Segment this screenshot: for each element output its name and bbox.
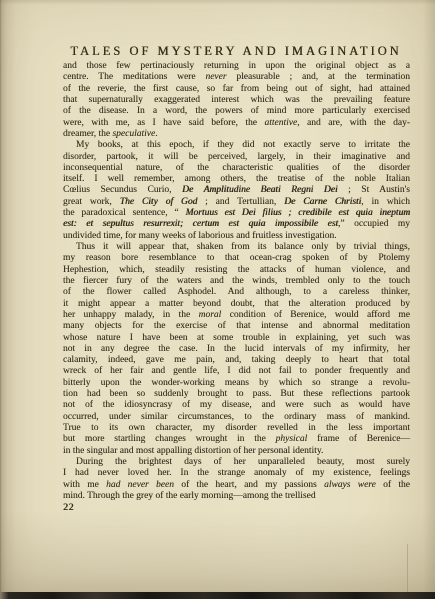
italic-text-run: always were [324,480,376,490]
text-line: many objects for the exercise of that in… [63,321,410,332]
text-line: My books, at this epoch, if they did not… [63,140,410,151]
italic-text-run: De Amplitudine Beati Regni Dei [182,185,338,195]
text-line: During the brightest days of her unparal… [63,457,410,468]
italic-text-run: moral [199,310,222,320]
text-run: bitterly upon the wonder-working means b… [63,378,410,388]
text-line: inconsequential nature, of the character… [63,163,410,174]
text-run: Thus it will appear that, shaken from it… [76,242,410,252]
text-line: the fiercer fury of the waters and the w… [63,276,410,287]
text-line: were, with me, as I have said before, th… [63,118,410,129]
book-edge-shadow [0,592,435,599]
running-head: TALES OF MYSTERY AND IMAGINATION [60,44,412,58]
text-run: the paradoxical sentence, “ [63,208,185,218]
text-run: I had never loved her. In the strange an… [63,468,410,478]
text-line: that supernaturally exaggerated interest… [63,95,410,106]
text-line: occurred, under similar circumstances, t… [63,412,410,423]
text-line: bitterly upon the wonder-working means b… [63,378,410,389]
text-run: Cœlius Secundus Curio, [63,185,182,195]
page-number: 22 [63,502,410,513]
italic-text-run: The City of God [120,197,198,207]
text-line: but more startling changes wrought in th… [63,434,410,445]
text-run: condition of Berenice, would afford me [221,310,410,320]
text-run: centre. The meditations were [63,72,205,82]
text-line: undivided time, for many weeks of labori… [63,231,410,242]
text-run: , and are, with the day- [297,118,410,128]
text-run: undivided time, for many weeks of labori… [63,231,337,241]
text-line: of the flower called Asphodel. And altho… [63,287,410,298]
text-line: the paradoxical sentence, “ Mortuus est … [63,208,410,219]
text-line: in the singular and most appalling disto… [63,446,410,457]
text-line: mind. Through the grey of the early morn… [63,491,410,502]
text-run: in the singular and most appalling disto… [63,446,323,456]
text-line: with me had never been of the heart, and… [63,480,410,491]
text-run: of the flower called Asphodel. And altho… [63,287,410,297]
italic-text-run: speculative [112,129,155,139]
text-run: many objects for the exercise of that in… [63,321,410,331]
text-run: dreamer, the [63,129,112,139]
text-run: and those few pertinaciously returning i… [63,61,410,71]
text-run: that supernaturally exaggerated interest… [63,95,410,105]
text-line: centre. The meditations were never pleas… [63,72,410,83]
text-run: her unhappy malady, in the [63,310,199,320]
italic-text-run: had never been [106,480,174,490]
text-run: itself. I well remember, among others, t… [63,174,410,184]
text-line: her unhappy malady, in the moral conditi… [63,310,410,321]
italic-text-run: Mortuus est Dei filius ; credibile est q… [185,208,410,218]
text-run: My books, at this epoch, if they did not… [76,140,410,150]
text-line: it might appear a matter beyond doubt, t… [63,299,410,310]
text-line: I had never loved her. In the strange an… [63,468,410,479]
screenshot-root: TALES OF MYSTERY AND IMAGINATION and tho… [0,0,435,599]
text-run: inconsequential nature, of the character… [63,163,410,173]
text-line: wreck of her fair and gentle life, I did… [63,366,410,377]
book-page: TALES OF MYSTERY AND IMAGINATION and tho… [0,0,435,592]
text-run: of the disease. In a word, the powers of… [63,106,410,116]
text-line: calamity, indeed, gave me pain, and, tak… [63,355,410,366]
text-run: of the [376,480,410,490]
text-line: disorder, partook, it will be perceived,… [63,152,410,163]
text-line: my reason bore resemblance to that ocean… [63,253,410,264]
text-run: ; and Tertullian, [197,197,284,207]
text-run: with me [63,480,106,490]
text-line: great work, The City of God ; and Tertul… [63,197,410,208]
text-run: great work, [63,197,120,207]
text-line: and those few pertinaciously returning i… [63,61,410,72]
text-line: est: et sepultus resurrexit; certum est … [63,219,410,230]
text-run: occurred, under similar circumstances, t… [63,412,410,422]
text-run: my reason bore resemblance to that ocean… [63,253,410,263]
page-crease [407,544,408,592]
text-run: True to its own character, my disorder r… [63,423,410,433]
text-run: pleasurable ; and, at the termination [227,72,410,82]
text-line: of the disease. In a word, the powers of… [63,106,410,117]
text-line: True to its own character, my disorder r… [63,423,410,434]
text-line: itself. I well remember, among others, t… [63,174,410,185]
text-run: but more startling changes wrought in th… [63,434,276,444]
text-run: ,” occupied my [338,219,410,229]
text-run: Hephestion, which, steadily resisting th… [63,265,410,275]
text-run: it might appear a matter beyond doubt, t… [63,299,410,309]
text-line: of the reverie, the first cause, so far … [63,84,410,95]
text-run: not of the idiosyncrasy of my disease, a… [63,400,410,410]
text-line: Cœlius Secundus Curio, De Amplitudine Be… [63,185,410,196]
text-line: tion had been so suddenly brought to pas… [63,389,410,400]
text-run: disorder, partook, it will be perceived,… [63,152,410,162]
text-run: ; St Austin's [338,185,410,195]
text-block: and those few pertinaciously returning i… [63,61,410,514]
text-line: not in any degree the case. In the lucid… [63,344,410,355]
italic-text-run: attentive [264,118,297,128]
text-run: . [155,129,157,139]
text-run: tion had been so suddenly brought to pas… [63,389,410,399]
text-run: were, with me, as I have said before, th… [63,118,264,128]
text-line: whose nature I have been at some trouble… [63,333,410,344]
text-run: mind. Through the grey of the early morn… [63,491,316,501]
text-run: not in any degree the case. In the lucid… [63,344,410,354]
text-run: whose nature I have been at some trouble… [63,333,410,343]
text-run: calamity, indeed, gave me pain, and, tak… [63,355,410,365]
text-run: frame of Berenice— [307,434,410,444]
text-run: of the reverie, the first cause, so far … [63,84,410,94]
text-run: of the heart, and my passions [174,480,324,490]
text-line: Hephestion, which, steadily resisting th… [63,265,410,276]
text-line: Thus it will appear that, shaken from it… [63,242,410,253]
text-run: wreck of her fair and gentle life, I did… [63,366,410,376]
italic-text-run: est: et sepultus resurrexit; certum est … [63,219,338,229]
text-run: the fiercer fury of the waters and the w… [63,276,410,286]
text-run: , in which [361,197,410,207]
text-run: During the brightest days of her unparal… [76,457,410,467]
italic-text-run: physical [276,434,308,444]
italic-text-run: De Carne Christi [284,197,361,207]
italic-text-run: never [205,72,226,82]
text-line: dreamer, the speculative. [63,129,410,140]
text-line: not of the idiosyncrasy of my disease, a… [63,400,410,411]
